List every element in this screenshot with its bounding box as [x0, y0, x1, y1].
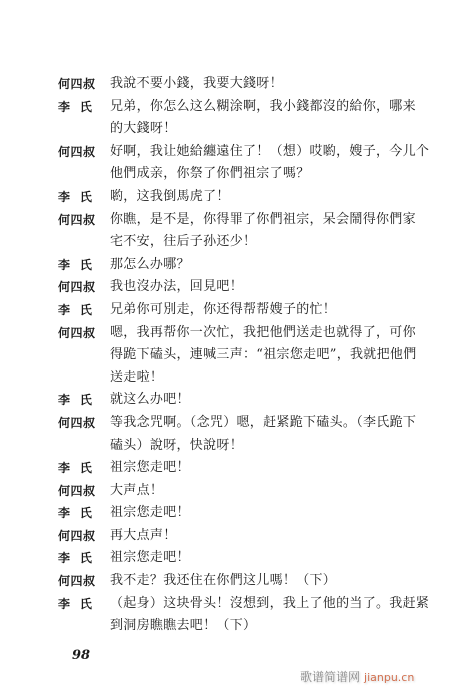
dialogue-line: 我也沒办法，回見吧！ [110, 276, 408, 299]
dialogue-entry: 李 氏祖宗您走吧！ [58, 457, 408, 480]
dialogue-line: 大声点！ [110, 480, 408, 503]
speaker-name: 何四叔 [58, 322, 110, 345]
dialogue-entry: 何四叔我不走？我还住在你們这儿嗎！（下） [58, 570, 408, 593]
dialogue-text: 祖宗您走吧！ [110, 457, 408, 480]
dialogue-text: 等我念咒啊。（念咒）嗯，赶紧跪下磕头。（李氏跪下磕头）說呀，快說呀！ [110, 412, 416, 457]
speaker-name: 李 氏 [58, 502, 110, 525]
speaker-name: 李 氏 [58, 96, 110, 119]
dialogue-entry: 何四叔大声点！ [58, 480, 408, 503]
dialogue-entry: 何四叔好啊，我让她給纏遠住了！（想）哎喲，嫂子，今儿个他們成亲，你祭了你們祖宗了… [58, 141, 408, 186]
dialogue-line: （起身）这块骨头！沒想到，我上了他的当了。我赶紧 [110, 593, 429, 616]
dialogue-line: 我說不要小錢，我要大錢呀！ [110, 73, 408, 96]
script-dialogue: 何四叔我說不要小錢，我要大錢呀！李 氏兄弟，你怎么这么糊涂啊，我小錢都沒的給你，… [58, 73, 408, 638]
dialogue-text: 你瞧，是不是，你得罪了你們祖宗，呆会鬧得你們家宅不安，往后子孙还少！ [110, 209, 416, 254]
dialogue-text: 就这么办吧！ [110, 389, 408, 412]
dialogue-line: 宅不安，往后子孙还少！ [110, 231, 416, 254]
watermark-site-name: 歌谱简谱网 [300, 670, 360, 684]
dialogue-text: 我說不要小錢，我要大錢呀！ [110, 73, 408, 96]
speaker-name: 何四叔 [58, 480, 110, 503]
speaker-name: 李 氏 [58, 593, 110, 616]
speaker-name: 李 氏 [58, 254, 110, 277]
speaker-name: 李 氏 [58, 389, 110, 412]
dialogue-line: 祖宗您走吧！ [110, 457, 408, 480]
dialogue-line: 到洞房瞧瞧去吧！（下） [110, 615, 429, 638]
dialogue-text: 好啊，我让她給纏遠住了！（想）哎喲，嫂子，今儿个他們成亲，你祭了你們祖宗了嗎？ [110, 141, 429, 186]
dialogue-line: 就这么办吧！ [110, 389, 408, 412]
dialogue-line: 兄弟，你怎么这么糊涂啊，我小錢都沒的給你，哪来 [110, 96, 416, 119]
dialogue-text: 兄弟你可別走，你还得帮帮嫂子的忙！ [110, 299, 408, 322]
dialogue-text: 祖宗您走吧！ [110, 547, 408, 570]
dialogue-line: 送走啦！ [110, 367, 417, 390]
dialogue-line: 嗯，我再帮你一次忙，我把他們送走也就得了，可你 [110, 322, 417, 345]
speaker-name: 何四叔 [58, 73, 110, 96]
dialogue-text: 我不走？我还住在你們这儿嗎！（下） [110, 570, 408, 593]
watermark: 歌谱简谱网jianpu.cn [300, 668, 414, 685]
dialogue-entry: 李 氏祖宗您走吧！ [58, 502, 408, 525]
speaker-name: 何四叔 [58, 570, 110, 593]
dialogue-line: 你瞧，是不是，你得罪了你們祖宗，呆会鬧得你們家 [110, 209, 416, 232]
dialogue-line: 好啊，我让她給纏遠住了！（想）哎喲，嫂子，今儿个 [110, 141, 429, 164]
dialogue-entry: 何四叔等我念咒啊。（念咒）嗯，赶紧跪下磕头。（李氏跪下磕头）說呀，快說呀！ [58, 412, 408, 457]
dialogue-line: 再大点声！ [110, 525, 408, 548]
dialogue-entry: 李 氏兄弟，你怎么这么糊涂啊，我小錢都沒的給你，哪来的大錢呀！ [58, 96, 408, 141]
speaker-name: 何四叔 [58, 412, 110, 435]
dialogue-line: 的大錢呀！ [110, 118, 416, 141]
dialogue-text: 那怎么办哪？ [110, 254, 408, 277]
dialogue-line: 等我念咒啊。（念咒）嗯，赶紧跪下磕头。（李氏跪下 [110, 412, 416, 435]
speaker-name: 何四叔 [58, 525, 110, 548]
dialogue-text: 喲，这我倒馬虎了！ [110, 186, 408, 209]
dialogue-entry: 李 氏就这么办吧！ [58, 389, 408, 412]
dialogue-text: （起身）这块骨头！沒想到，我上了他的当了。我赶紧到洞房瞧瞧去吧！（下） [110, 593, 429, 638]
dialogue-line: 磕头）說呀，快說呀！ [110, 435, 416, 458]
dialogue-entry: 李 氏那怎么办哪？ [58, 254, 408, 277]
dialogue-text: 嗯，我再帮你一次忙，我把他們送走也就得了，可你得跪下磕头，連喊三声：“祖宗您走吧… [110, 322, 417, 390]
speaker-name: 何四叔 [58, 141, 110, 164]
dialogue-line: 得跪下磕头，連喊三声：“祖宗您走吧”，我就把他們 [110, 344, 417, 367]
dialogue-text: 大声点！ [110, 480, 408, 503]
dialogue-line: 喲，这我倒馬虎了！ [110, 186, 408, 209]
speaker-name: 李 氏 [58, 547, 110, 570]
speaker-name: 何四叔 [58, 209, 110, 232]
dialogue-entry: 何四叔我也沒办法，回見吧！ [58, 276, 408, 299]
dialogue-entry: 李 氏（起身）这块骨头！沒想到，我上了他的当了。我赶紧到洞房瞧瞧去吧！（下） [58, 593, 408, 638]
dialogue-line: 兄弟你可別走，你还得帮帮嫂子的忙！ [110, 299, 408, 322]
dialogue-line: 那怎么办哪？ [110, 254, 408, 277]
dialogue-entry: 李 氏祖宗您走吧！ [58, 547, 408, 570]
book-page: 何四叔我說不要小錢，我要大錢呀！李 氏兄弟，你怎么这么糊涂啊，我小錢都沒的給你，… [0, 0, 450, 690]
dialogue-text: 兄弟，你怎么这么糊涂啊，我小錢都沒的給你，哪来的大錢呀！ [110, 96, 416, 141]
speaker-name: 何四叔 [58, 276, 110, 299]
dialogue-entry: 何四叔我說不要小錢，我要大錢呀！ [58, 73, 408, 96]
dialogue-entry: 何四叔再大点声！ [58, 525, 408, 548]
dialogue-entry: 李 氏兄弟你可別走，你还得帮帮嫂子的忙！ [58, 299, 408, 322]
dialogue-line: 他們成亲，你祭了你們祖宗了嗎？ [110, 163, 429, 186]
dialogue-line: 祖宗您走吧！ [110, 547, 408, 570]
page-number: 98 [72, 648, 90, 663]
dialogue-entry: 李 氏喲，这我倒馬虎了！ [58, 186, 408, 209]
dialogue-line: 我不走？我还住在你們这儿嗎！（下） [110, 570, 408, 593]
dialogue-text: 我也沒办法，回見吧！ [110, 276, 408, 299]
dialogue-line: 祖宗您走吧！ [110, 502, 408, 525]
watermark-url: jianpu.cn [364, 671, 414, 684]
speaker-name: 李 氏 [58, 299, 110, 322]
speaker-name: 李 氏 [58, 457, 110, 480]
speaker-name: 李 氏 [58, 186, 110, 209]
dialogue-text: 祖宗您走吧！ [110, 502, 408, 525]
dialogue-entry: 何四叔嗯，我再帮你一次忙，我把他們送走也就得了，可你得跪下磕头，連喊三声：“祖宗… [58, 322, 408, 390]
dialogue-text: 再大点声！ [110, 525, 408, 548]
dialogue-entry: 何四叔你瞧，是不是，你得罪了你們祖宗，呆会鬧得你們家宅不安，往后子孙还少！ [58, 209, 408, 254]
